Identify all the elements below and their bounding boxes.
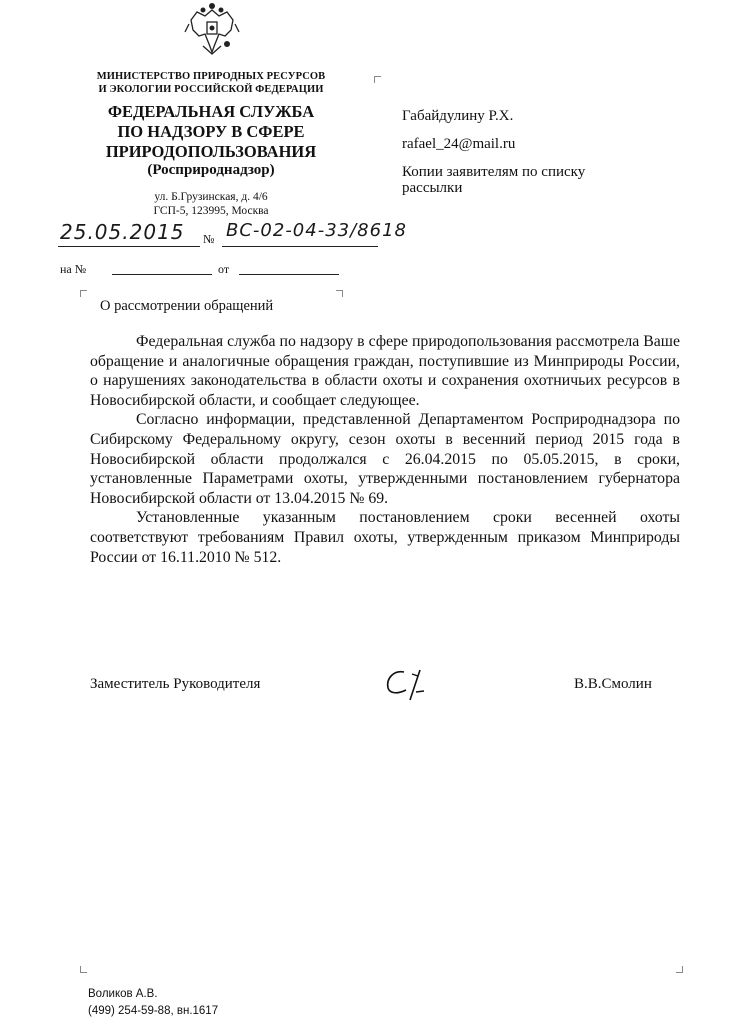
from-date-field	[239, 274, 339, 275]
body-paragraph: Согласно информации, представленной Депа…	[90, 410, 680, 508]
date-underline	[58, 246, 200, 247]
address: ул. Б.Грузинская, д. 4/6 ГСП-5, 123995, …	[80, 190, 342, 218]
body-paragraph: Установленные указанным постановлением с…	[90, 508, 680, 567]
corner-mark	[336, 290, 343, 297]
copies-line-1: Копии заявителям по списку	[402, 164, 585, 180]
ministry-line-2: И ЭКОЛОГИИ РОССИЙСКОЙ ФЕДЕРАЦИИ	[80, 83, 342, 96]
executor-phone: (499) 254-59-88, вн.1617	[88, 1005, 218, 1017]
coat-of-arms-icon	[183, 2, 241, 58]
service-abbreviation: (Росприроднадзор)	[80, 162, 342, 179]
address-street: ул. Б.Грузинская, д. 4/6	[80, 190, 342, 204]
body-paragraph: Федеральная служба по надзору в сфере пр…	[90, 332, 680, 410]
recipient-name: Габайдулину Р.Х.	[402, 108, 513, 125]
letter-number: ВС-02-04-33/8618	[226, 220, 407, 241]
recipient-email[interactable]: rafael_24@mail.ru	[402, 136, 515, 153]
number-underline	[222, 246, 378, 247]
corner-mark	[374, 76, 381, 83]
number-label: №	[203, 232, 214, 247]
letter-date: 25.05.2015	[60, 220, 185, 244]
from-label: от	[218, 262, 229, 277]
letter-subject: О рассмотрении обращений	[100, 298, 273, 315]
service-line-3: ПРИРОДОПОЛЬЗОВАНИЯ	[80, 142, 342, 162]
service-line-2: ПО НАДЗОРУ В СФЕРЕ	[80, 122, 342, 142]
corner-mark	[80, 966, 87, 973]
ministry-line-1: МИНИСТЕРСТВО ПРИРОДНЫХ РЕСУРСОВ	[80, 70, 342, 83]
reply-to-label: на №	[60, 262, 86, 277]
corner-mark	[80, 290, 87, 297]
signatory-name: В.В.Смолин	[574, 676, 652, 693]
executor-name: Воликов А.В.	[88, 988, 158, 1000]
handwritten-signature-icon	[384, 664, 434, 704]
reply-to-field	[112, 274, 212, 275]
service-name: ФЕДЕРАЛЬНАЯ СЛУЖБА ПО НАДЗОРУ В СФЕРЕ ПР…	[80, 102, 342, 162]
copies-line-2: рассылки	[402, 180, 585, 196]
letter-body: Федеральная служба по надзору в сфере пр…	[90, 332, 680, 567]
corner-mark	[676, 966, 683, 973]
service-line-1: ФЕДЕРАЛЬНАЯ СЛУЖБА	[80, 102, 342, 122]
ministry-name: МИНИСТЕРСТВО ПРИРОДНЫХ РЕСУРСОВ И ЭКОЛОГ…	[80, 70, 342, 96]
signatory-position: Заместитель Руководителя	[90, 676, 260, 693]
recipient-copies: Копии заявителям по списку рассылки	[402, 164, 585, 196]
address-city: ГСП-5, 123995, Москва	[80, 204, 342, 218]
